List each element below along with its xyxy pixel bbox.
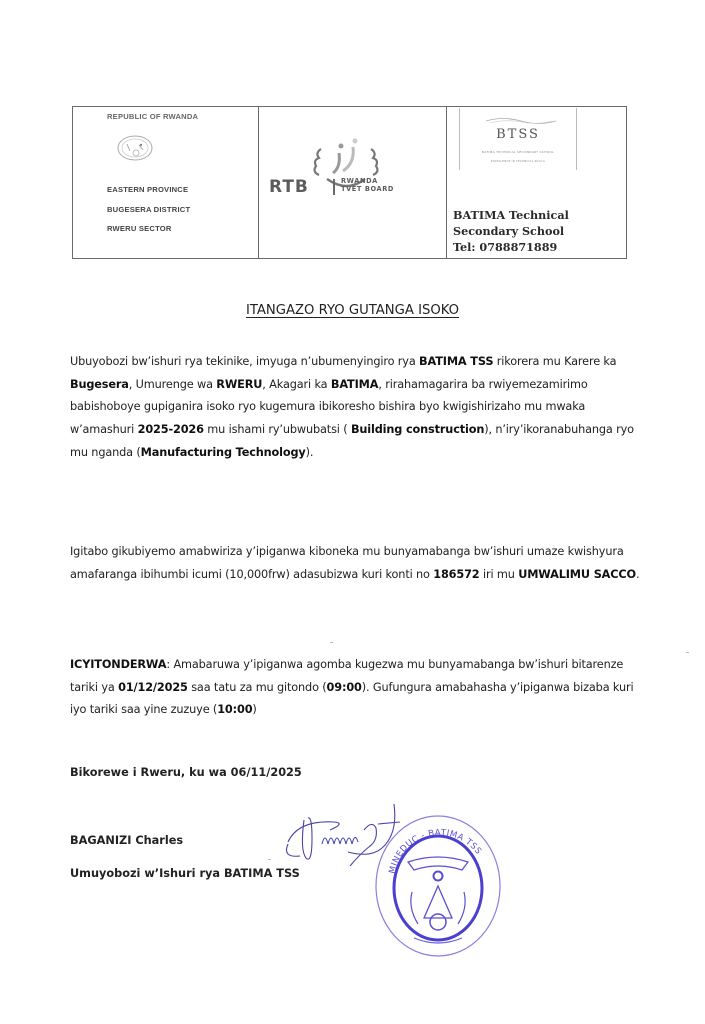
body-text: saa tatu za mu gitondo ( (188, 681, 327, 694)
body-text: , Umurenge wa (129, 378, 217, 391)
rtb-divider (333, 179, 335, 195)
rtb-wordmark: RTB (269, 177, 309, 197)
signatory-name: BAGANIZI Charles (70, 834, 183, 847)
body-text: rikorera mu Karere ka (493, 355, 616, 368)
emphasized-text: RWERU (216, 378, 262, 391)
signatory-title: Umuyobozi w’Ishuri rya BATIMA TSS (70, 867, 300, 880)
body-text: mu ishami ry’ubwubatsi ( (204, 423, 351, 436)
rwanda-coat-of-arms-icon (117, 135, 153, 161)
document-title: ITANGAZO RYO GUTANGA ISOKO (0, 303, 705, 318)
btss-logo-motto: EXCELLENCE IN TECHNICAL SKILLS (466, 160, 570, 163)
emphasized-text: 01/12/2025 (118, 681, 188, 694)
province-label: EASTERN PROVINCE (107, 185, 188, 194)
school-phone: Tel: 0788871889 (453, 239, 569, 255)
announcement-paragraph: Ubuyobozi bw’ishuri rya tekinike, imyuga… (70, 351, 650, 465)
republic-label: REPUBLIC OF RWANDA (107, 112, 198, 121)
emphasized-text: 09:00 (327, 681, 362, 694)
emphasized-text: BATIMA TSS (419, 355, 493, 368)
body-text: ) (252, 703, 256, 716)
school-name-line-2: Secondary School (453, 223, 569, 239)
emphasized-text: 186572 (433, 568, 479, 581)
scan-speck (686, 652, 689, 653)
rtb-cell: RTB RWANDA TVET BOARD (259, 107, 447, 258)
btss-logo-subtitle: BATIMA TECHNICAL SECONDARY SCHOOL (466, 150, 570, 154)
body-text: . (636, 568, 639, 581)
school-cell: BTSS BATIMA TECHNICAL SECONDARY SCHOOL E… (447, 107, 626, 258)
rtb-subtitle: RWANDA TVET BOARD (341, 178, 394, 193)
emphasized-text: 10:00 (217, 703, 252, 716)
letterhead-table: REPUBLIC OF RWANDA EASTERN PROVINCE BUGE… (72, 106, 627, 259)
scan-speck (330, 642, 333, 643)
notice-paragraph: ICYITONDERWA: Amabaruwa y’ipiganwa agomb… (70, 654, 650, 722)
scan-speck (268, 859, 271, 860)
emphasized-text: BATIMA (331, 378, 378, 391)
signoff-date: Bikorewe i Rweru, ku wa 06/11/2025 (70, 766, 302, 779)
gear-logo-icon (267, 137, 439, 209)
body-text: , Akagari ka (262, 378, 331, 391)
school-stamp-icon: MINEDUC - BATIMA TSS (372, 808, 504, 958)
government-cell: REPUBLIC OF RWANDA EASTERN PROVINCE BUGE… (73, 107, 259, 258)
emphasized-text: 2025-2026 (138, 423, 204, 436)
body-text: Ubuyobozi bw’ishuri rya tekinike, imyuga… (70, 355, 419, 368)
tender-document-paragraph: Igitabo gikubiyemo amabwiriza y’ipiganwa… (70, 541, 650, 586)
emphasized-text: UMWALIMU SACCO (518, 568, 636, 581)
emphasized-text: Bugesera (70, 378, 129, 391)
school-info: BATIMA Technical Secondary School Tel: 0… (453, 207, 569, 255)
body-text: iri mu (480, 568, 519, 581)
btss-logo: BTSS BATIMA TECHNICAL SECONDARY SCHOOL E… (459, 108, 577, 170)
rtb-subtitle-line-2: TVET BOARD (341, 186, 394, 194)
district-label: BUGESERA DISTRICT (107, 205, 190, 214)
btss-logo-title: BTSS (460, 127, 576, 142)
sector-label: RWERU SECTOR (107, 224, 172, 233)
school-name-line-1: BATIMA Technical (453, 207, 569, 223)
emphasized-text: Manufacturing Technology (141, 446, 306, 459)
wave-decoration-icon (486, 116, 556, 124)
emphasized-text: Building construction (351, 423, 484, 436)
body-text: ). (306, 446, 314, 459)
emphasized-text: ICYITONDERWA (70, 658, 166, 671)
